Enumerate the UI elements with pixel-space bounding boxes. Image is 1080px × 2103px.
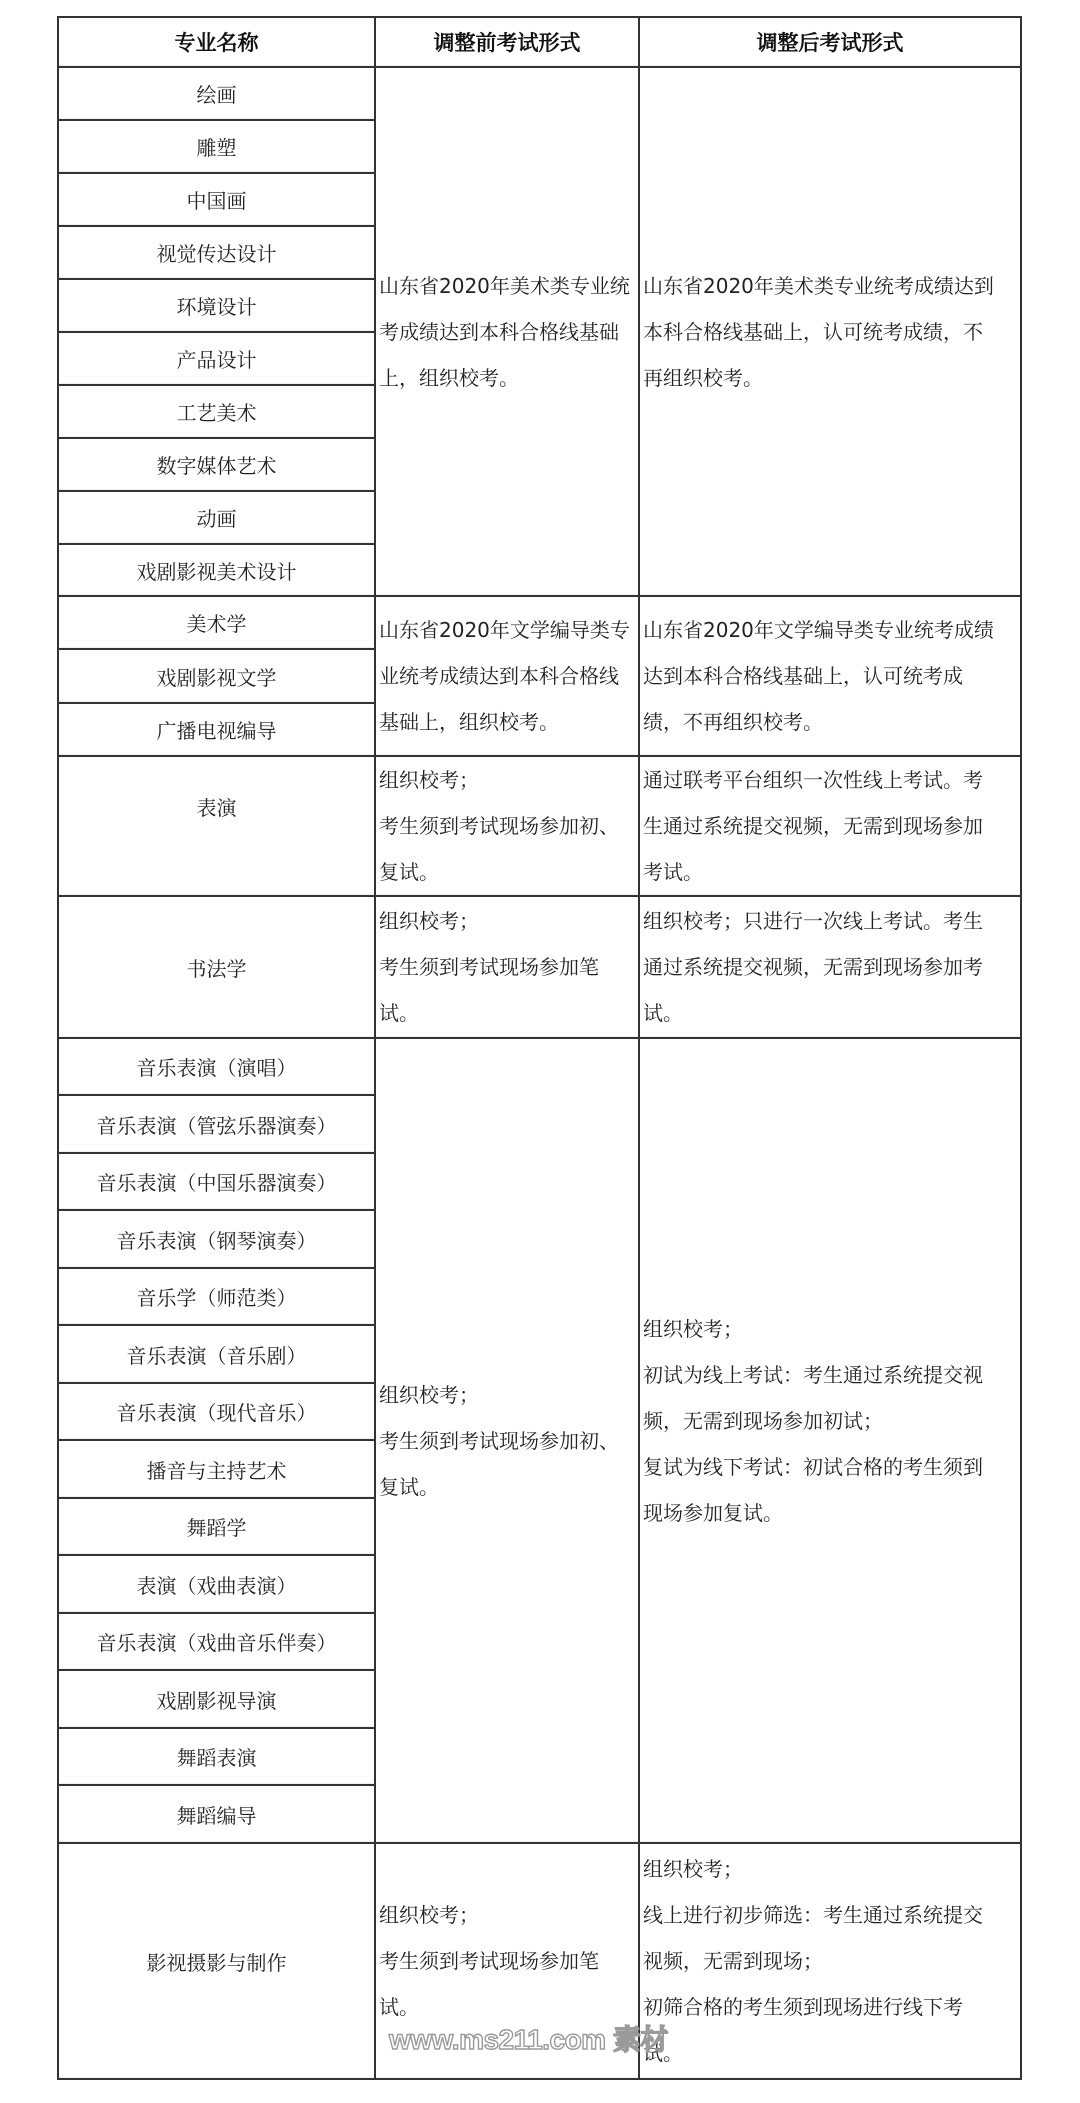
after-format-line: 绩，不再组织校考。 bbox=[643, 699, 823, 745]
header-before-label: 调整前考试形式 bbox=[434, 27, 581, 57]
major-cell: 环境设计 bbox=[59, 280, 376, 333]
major-cell: 音乐表演（戏曲音乐伴奏） bbox=[59, 1614, 376, 1671]
major-name: 舞蹈表演 bbox=[177, 1742, 257, 1771]
major-name: 戏剧影视导演 bbox=[157, 1685, 277, 1714]
major-cell: 视觉传达设计 bbox=[59, 227, 376, 280]
major-cell: 戏剧影视美术设计 bbox=[59, 545, 376, 597]
major-cell: 戏剧影视文学 bbox=[59, 650, 376, 704]
after-format-line: 试。 bbox=[643, 990, 683, 1036]
after-format-cell: 通过联考平台组织一次性线上考试。考 生通过系统提交视频，无需到现场参加 考试。 bbox=[640, 757, 1022, 897]
header-after-format: 调整后考试形式 bbox=[640, 18, 1022, 68]
after-format-line: 复试为线下考试：初试合格的考生须到 bbox=[643, 1444, 983, 1490]
after-format-line: 初试为线上考试：考生通过系统提交视 bbox=[643, 1352, 983, 1398]
after-format-line: 组织校考；只进行一次线上考试。考生 bbox=[643, 898, 983, 944]
before-format-line: 考生须到考试现场参加笔 bbox=[379, 944, 599, 990]
major-name: 播音与主持艺术 bbox=[147, 1455, 287, 1484]
major-name: 视觉传达设计 bbox=[157, 238, 277, 267]
major-name: 音乐表演（戏曲音乐伴奏） bbox=[97, 1627, 337, 1656]
major-name: 音乐表演（钢琴演奏） bbox=[117, 1225, 317, 1254]
major-name: 音乐表演（管弦乐器演奏） bbox=[97, 1110, 337, 1139]
major-name: 动画 bbox=[197, 503, 237, 532]
after-format-cell: 组织校考；只进行一次线上考试。考生 通过系统提交视频，无需到现场参加考 试。 bbox=[640, 897, 1022, 1039]
after-format-line: 达到本科合格线基础上，认可统考成 bbox=[643, 653, 963, 699]
major-cell: 舞蹈学 bbox=[59, 1499, 376, 1556]
after-format-line: 线上进行初步筛选：考生通过系统提交 bbox=[643, 1892, 983, 1938]
before-format-line: 业统考成绩达到本科合格线 bbox=[379, 653, 619, 699]
after-format-line: 试。 bbox=[643, 2030, 683, 2076]
major-cell: 音乐表演（音乐剧） bbox=[59, 1326, 376, 1384]
before-format-cell: 组织校考； 考生须到考试现场参加笔 试。 bbox=[376, 1844, 640, 2080]
major-cell: 雕塑 bbox=[59, 121, 376, 174]
major-cell: 舞蹈编导 bbox=[59, 1786, 376, 1844]
major-cell: 舞蹈表演 bbox=[59, 1729, 376, 1786]
major-name: 影视摄影与制作 bbox=[147, 1947, 287, 1976]
major-name: 产品设计 bbox=[177, 344, 257, 373]
header-major-label: 专业名称 bbox=[175, 27, 259, 57]
after-format-line: 组织校考； bbox=[643, 1846, 743, 1892]
major-name: 舞蹈学 bbox=[187, 1512, 247, 1541]
after-format-line: 频，无需到现场参加初试； bbox=[643, 1398, 883, 1444]
major-name: 音乐表演（现代音乐） bbox=[117, 1397, 317, 1426]
before-format-line: 考生须到考试现场参加初、 bbox=[379, 803, 619, 849]
major-name: 雕塑 bbox=[197, 132, 237, 161]
major-cell: 音乐表演（管弦乐器演奏） bbox=[59, 1096, 376, 1154]
after-format-line: 山东省2020年美术类专业统考成绩达到 bbox=[643, 263, 994, 309]
after-format-line: 现场参加复试。 bbox=[643, 1490, 783, 1536]
before-format-line: 上，组织校考。 bbox=[379, 355, 519, 401]
before-format-line: 考生须到考试现场参加笔 bbox=[379, 1938, 599, 1984]
after-format-line: 视频，无需到现场； bbox=[643, 1938, 823, 1984]
major-name: 戏剧影视文学 bbox=[157, 662, 277, 691]
before-format-cell: 山东省2020年文学编导类专 业统考成绩达到本科合格线 基础上，组织校考。 bbox=[376, 597, 640, 757]
header-after-label: 调整后考试形式 bbox=[757, 27, 904, 57]
before-format-cell: 山东省2020年美术类专业统 考成绩达到本科合格线基础 上，组织校考。 bbox=[376, 68, 640, 597]
major-cell: 美术学 bbox=[59, 597, 376, 650]
before-format-cell: 组织校考； 考生须到考试现场参加初、 复试。 bbox=[376, 1039, 640, 1844]
major-name: 表演 bbox=[197, 792, 237, 821]
before-format-line: 山东省2020年文学编导类专 bbox=[379, 607, 630, 653]
after-format-cell: 组织校考； 初试为线上考试：考生通过系统提交视 频，无需到现场参加初试； 复试为… bbox=[640, 1039, 1022, 1844]
before-format-line: 山东省2020年美术类专业统 bbox=[379, 263, 630, 309]
header-major-name: 专业名称 bbox=[59, 18, 376, 68]
before-format-line: 复试。 bbox=[379, 849, 439, 895]
major-cell: 戏剧影视导演 bbox=[59, 1671, 376, 1729]
before-format-line: 复试。 bbox=[379, 1464, 439, 1510]
before-format-line: 组织校考； bbox=[379, 898, 479, 944]
after-format-line: 再组织校考。 bbox=[643, 355, 763, 401]
major-name: 音乐表演（演唱） bbox=[137, 1052, 297, 1081]
major-cell: 表演（戏曲表演） bbox=[59, 1556, 376, 1614]
before-format-line: 考生须到考试现场参加初、 bbox=[379, 1418, 619, 1464]
major-name: 戏剧影视美术设计 bbox=[137, 556, 297, 585]
major-name: 舞蹈编导 bbox=[177, 1800, 257, 1829]
major-cell: 中国画 bbox=[59, 174, 376, 227]
major-name: 中国画 bbox=[187, 185, 247, 214]
after-format-line: 本科合格线基础上，认可统考成绩，不 bbox=[643, 309, 983, 355]
major-cell: 音乐表演（现代音乐） bbox=[59, 1384, 376, 1441]
before-format-line: 试。 bbox=[379, 1984, 419, 2030]
before-format-line: 考成绩达到本科合格线基础 bbox=[379, 309, 619, 355]
major-cell: 影视摄影与制作 bbox=[59, 1844, 376, 2080]
major-cell: 音乐表演（钢琴演奏） bbox=[59, 1211, 376, 1269]
exam-format-table: 专业名称 调整前考试形式 调整后考试形式 绘画 雕塑 中国画 视觉传达设计 环境… bbox=[57, 16, 1022, 2080]
after-format-line: 山东省2020年文学编导类专业统考成绩 bbox=[643, 607, 994, 653]
after-format-line: 组织校考； bbox=[643, 1306, 743, 1352]
before-format-line: 组织校考； bbox=[379, 1372, 479, 1418]
major-cell: 数字媒体艺术 bbox=[59, 439, 376, 492]
major-cell: 动画 bbox=[59, 492, 376, 545]
before-format-line: 基础上，组织校考。 bbox=[379, 699, 559, 745]
major-cell: 工艺美术 bbox=[59, 386, 376, 439]
major-cell: 音乐学（师范类） bbox=[59, 1269, 376, 1326]
after-format-cell: 组织校考； 线上进行初步筛选：考生通过系统提交 视频，无需到现场； 初筛合格的考… bbox=[640, 1844, 1022, 2080]
major-name: 数字媒体艺术 bbox=[157, 450, 277, 479]
major-cell: 绘画 bbox=[59, 68, 376, 121]
after-format-line: 通过联考平台组织一次性线上考试。考 bbox=[643, 757, 983, 803]
major-name: 音乐表演（音乐剧） bbox=[127, 1340, 307, 1369]
major-cell: 表演 bbox=[59, 757, 376, 897]
after-format-cell: 山东省2020年文学编导类专业统考成绩 达到本科合格线基础上，认可统考成 绩，不… bbox=[640, 597, 1022, 757]
major-name: 表演（戏曲表演） bbox=[137, 1570, 297, 1599]
header-before-format: 调整前考试形式 bbox=[376, 18, 640, 68]
major-name: 书法学 bbox=[187, 953, 247, 982]
major-name: 工艺美术 bbox=[177, 397, 257, 426]
after-format-line: 生通过系统提交视频，无需到现场参加 bbox=[643, 803, 983, 849]
before-format-line: 组织校考； bbox=[379, 757, 479, 803]
major-cell: 播音与主持艺术 bbox=[59, 1441, 376, 1499]
major-name: 广播电视编导 bbox=[157, 715, 277, 744]
major-cell: 音乐表演（中国乐器演奏） bbox=[59, 1154, 376, 1211]
after-format-line: 通过系统提交视频，无需到现场参加考 bbox=[643, 944, 983, 990]
major-name: 绘画 bbox=[197, 79, 237, 108]
before-format-cell: 组织校考； 考生须到考试现场参加笔 试。 bbox=[376, 897, 640, 1039]
major-cell: 音乐表演（演唱） bbox=[59, 1039, 376, 1096]
before-format-cell: 组织校考； 考生须到考试现场参加初、 复试。 bbox=[376, 757, 640, 897]
before-format-line: 组织校考； bbox=[379, 1892, 479, 1938]
major-name: 音乐表演（中国乐器演奏） bbox=[97, 1167, 337, 1196]
after-format-line: 考试。 bbox=[643, 849, 703, 895]
after-format-cell: 山东省2020年美术类专业统考成绩达到 本科合格线基础上，认可统考成绩，不 再组… bbox=[640, 68, 1022, 597]
before-format-line: 试。 bbox=[379, 990, 419, 1036]
major-name: 环境设计 bbox=[177, 291, 257, 320]
major-cell: 产品设计 bbox=[59, 333, 376, 386]
major-name: 音乐学（师范类） bbox=[137, 1282, 297, 1311]
major-cell: 书法学 bbox=[59, 897, 376, 1039]
after-format-line: 初筛合格的考生须到现场进行线下考 bbox=[643, 1984, 963, 2030]
major-name: 美术学 bbox=[187, 608, 247, 637]
major-cell: 广播电视编导 bbox=[59, 704, 376, 757]
